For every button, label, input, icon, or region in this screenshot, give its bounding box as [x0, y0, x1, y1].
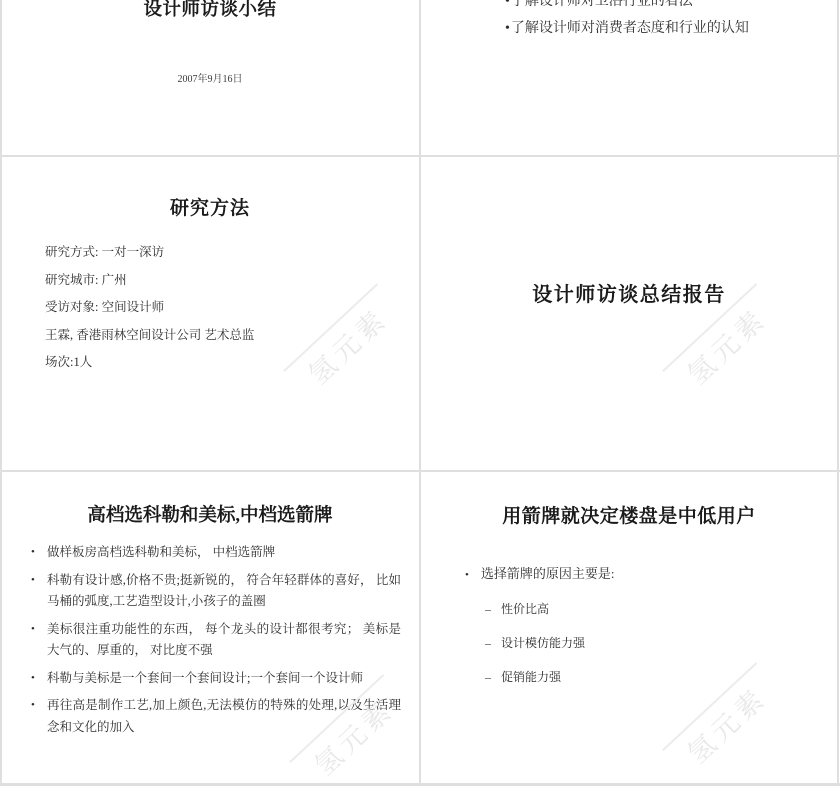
list-item-text: 再往高是制作工艺,加上颜色,无法模仿的特殊的处理,以及生活理念和文化的加入	[47, 698, 401, 734]
grid-divider	[837, 0, 839, 785]
objectives-bullet-1: •了解设计师对卫浴行业的看法	[505, 0, 693, 11]
slide-brands-title: 高档选科勒和美标,中档选箭牌	[1, 501, 419, 527]
method-line: 场次:1人	[45, 349, 254, 377]
arrow-sub-bullet: –促销能力强	[485, 668, 561, 685]
slide-objectives: •了解设计师对卫浴行业的看法 •了解设计师对消费者态度和行业的认知	[421, 0, 837, 155]
list-item: • 科勒与美标是一个套间一个套间设计;一个套间一个设计师	[29, 668, 401, 690]
method-body: 研究方式: 一对一深访 研究城市: 广州 受访对象: 空间设计师 王霖, 香港雨…	[45, 239, 254, 377]
list-item: • 做样板房高档选科勒和美标， 中档选箭牌	[29, 542, 401, 564]
slide-arrow: 用箭牌就决定楼盘是中低用户 •选择箭牌的原因主要是: –性价比高 –设计模仿能力…	[421, 472, 837, 783]
arrow-bullet: •选择箭牌的原因主要是:	[465, 563, 614, 582]
dash-icon: –	[485, 670, 491, 684]
watermark: 氢元素	[285, 283, 405, 403]
slide-cover-date: 2007年9月16日	[1, 70, 419, 85]
grid-divider	[0, 783, 840, 786]
bullet-icon: •	[31, 542, 35, 564]
list-item: • 再往高是制作工艺,加上颜色,无法模仿的特殊的处理,以及生活理念和文化的加入	[29, 695, 401, 738]
bullet-icon: •	[31, 570, 35, 592]
bullet-icon: •	[31, 695, 35, 717]
watermark-slash-icon	[662, 662, 757, 751]
bullet-icon: •	[505, 21, 510, 36]
slide-method: 研究方法 研究方式: 一对一深访 研究城市: 广州 受访对象: 空间设计师 王霖…	[1, 157, 419, 470]
slide-method-title: 研究方法	[1, 193, 419, 220]
grid-divider	[0, 0, 2, 785]
arrow-sub-bullet-text: 性价比高	[501, 602, 549, 616]
dash-icon: –	[485, 636, 491, 650]
arrow-bullet-text: 选择箭牌的原因主要是:	[481, 566, 615, 581]
slide-section-title: 设计师访谈总结报告	[421, 278, 837, 307]
method-line: 王霖, 香港雨林空间设计公司 艺术总监	[45, 322, 254, 350]
slide-section: 设计师访谈总结报告 氢元素	[421, 157, 837, 470]
arrow-sub-bullet-text: 促销能力强	[501, 670, 561, 684]
list-item-text: 科勒有设计感,价格不贵;挺新锐的， 符合年轻群体的喜好， 比如马桶的弧度,工艺造…	[47, 573, 401, 609]
list-item-text: 美标很注重功能性的东西， 每个龙头的设计都很考究； 美标是大气的、厚重的， 对比…	[47, 622, 401, 658]
watermark: 氢元素	[664, 662, 784, 782]
slide-preview-grid: 设计师访谈小结 2007年9月16日 •了解设计师对卫浴行业的看法 •了解设计师…	[0, 0, 840, 788]
bullet-icon: •	[31, 619, 35, 641]
watermark-slash-icon	[283, 283, 378, 372]
slide-cover: 设计师访谈小结 2007年9月16日	[1, 0, 419, 155]
slide-brands: 高档选科勒和美标,中档选箭牌 • 做样板房高档选科勒和美标， 中档选箭牌 • 科…	[1, 472, 419, 783]
brands-bullet-list: • 做样板房高档选科勒和美标， 中档选箭牌 • 科勒有设计感,价格不贵;挺新锐的…	[29, 542, 401, 744]
slide-cover-title: 设计师访谈小结	[1, 0, 419, 21]
watermark-text: 氢元素	[666, 666, 786, 782]
grid-divider	[0, 155, 840, 157]
grid-divider	[419, 0, 421, 785]
arrow-sub-bullet: –性价比高	[485, 600, 549, 617]
objectives-bullet-2: •了解设计师对消费者态度和行业的认知	[505, 20, 749, 38]
method-line: 受访对象: 空间设计师	[45, 294, 254, 322]
list-item-text: 科勒与美标是一个套间一个套间设计;一个套间一个设计师	[47, 671, 363, 685]
method-line: 研究方式: 一对一深访	[45, 239, 254, 267]
dash-icon: –	[485, 602, 491, 616]
arrow-sub-bullet-text: 设计模仿能力强	[501, 636, 585, 650]
objectives-bullet-2-text: 了解设计师对消费者态度和行业的认知	[511, 21, 749, 36]
watermark-text: 氢元素	[287, 287, 407, 403]
list-item-text: 做样板房高档选科勒和美标， 中档选箭牌	[47, 545, 275, 559]
bullet-icon: •	[505, 0, 510, 9]
arrow-sub-bullet: –设计模仿能力强	[485, 634, 585, 651]
list-item: • 美标很注重功能性的东西， 每个龙头的设计都很考究； 美标是大气的、厚重的， …	[29, 619, 401, 662]
bullet-icon: •	[31, 668, 35, 690]
slide-arrow-title: 用箭牌就决定楼盘是中低用户	[421, 501, 837, 528]
objectives-bullet-1-text: 了解设计师对卫浴行业的看法	[511, 0, 693, 9]
bullet-icon: •	[465, 569, 469, 581]
method-line: 研究城市: 广州	[45, 267, 254, 295]
list-item: • 科勒有设计感,价格不贵;挺新锐的， 符合年轻群体的喜好， 比如马桶的弧度,工…	[29, 570, 401, 613]
grid-divider	[0, 470, 840, 472]
